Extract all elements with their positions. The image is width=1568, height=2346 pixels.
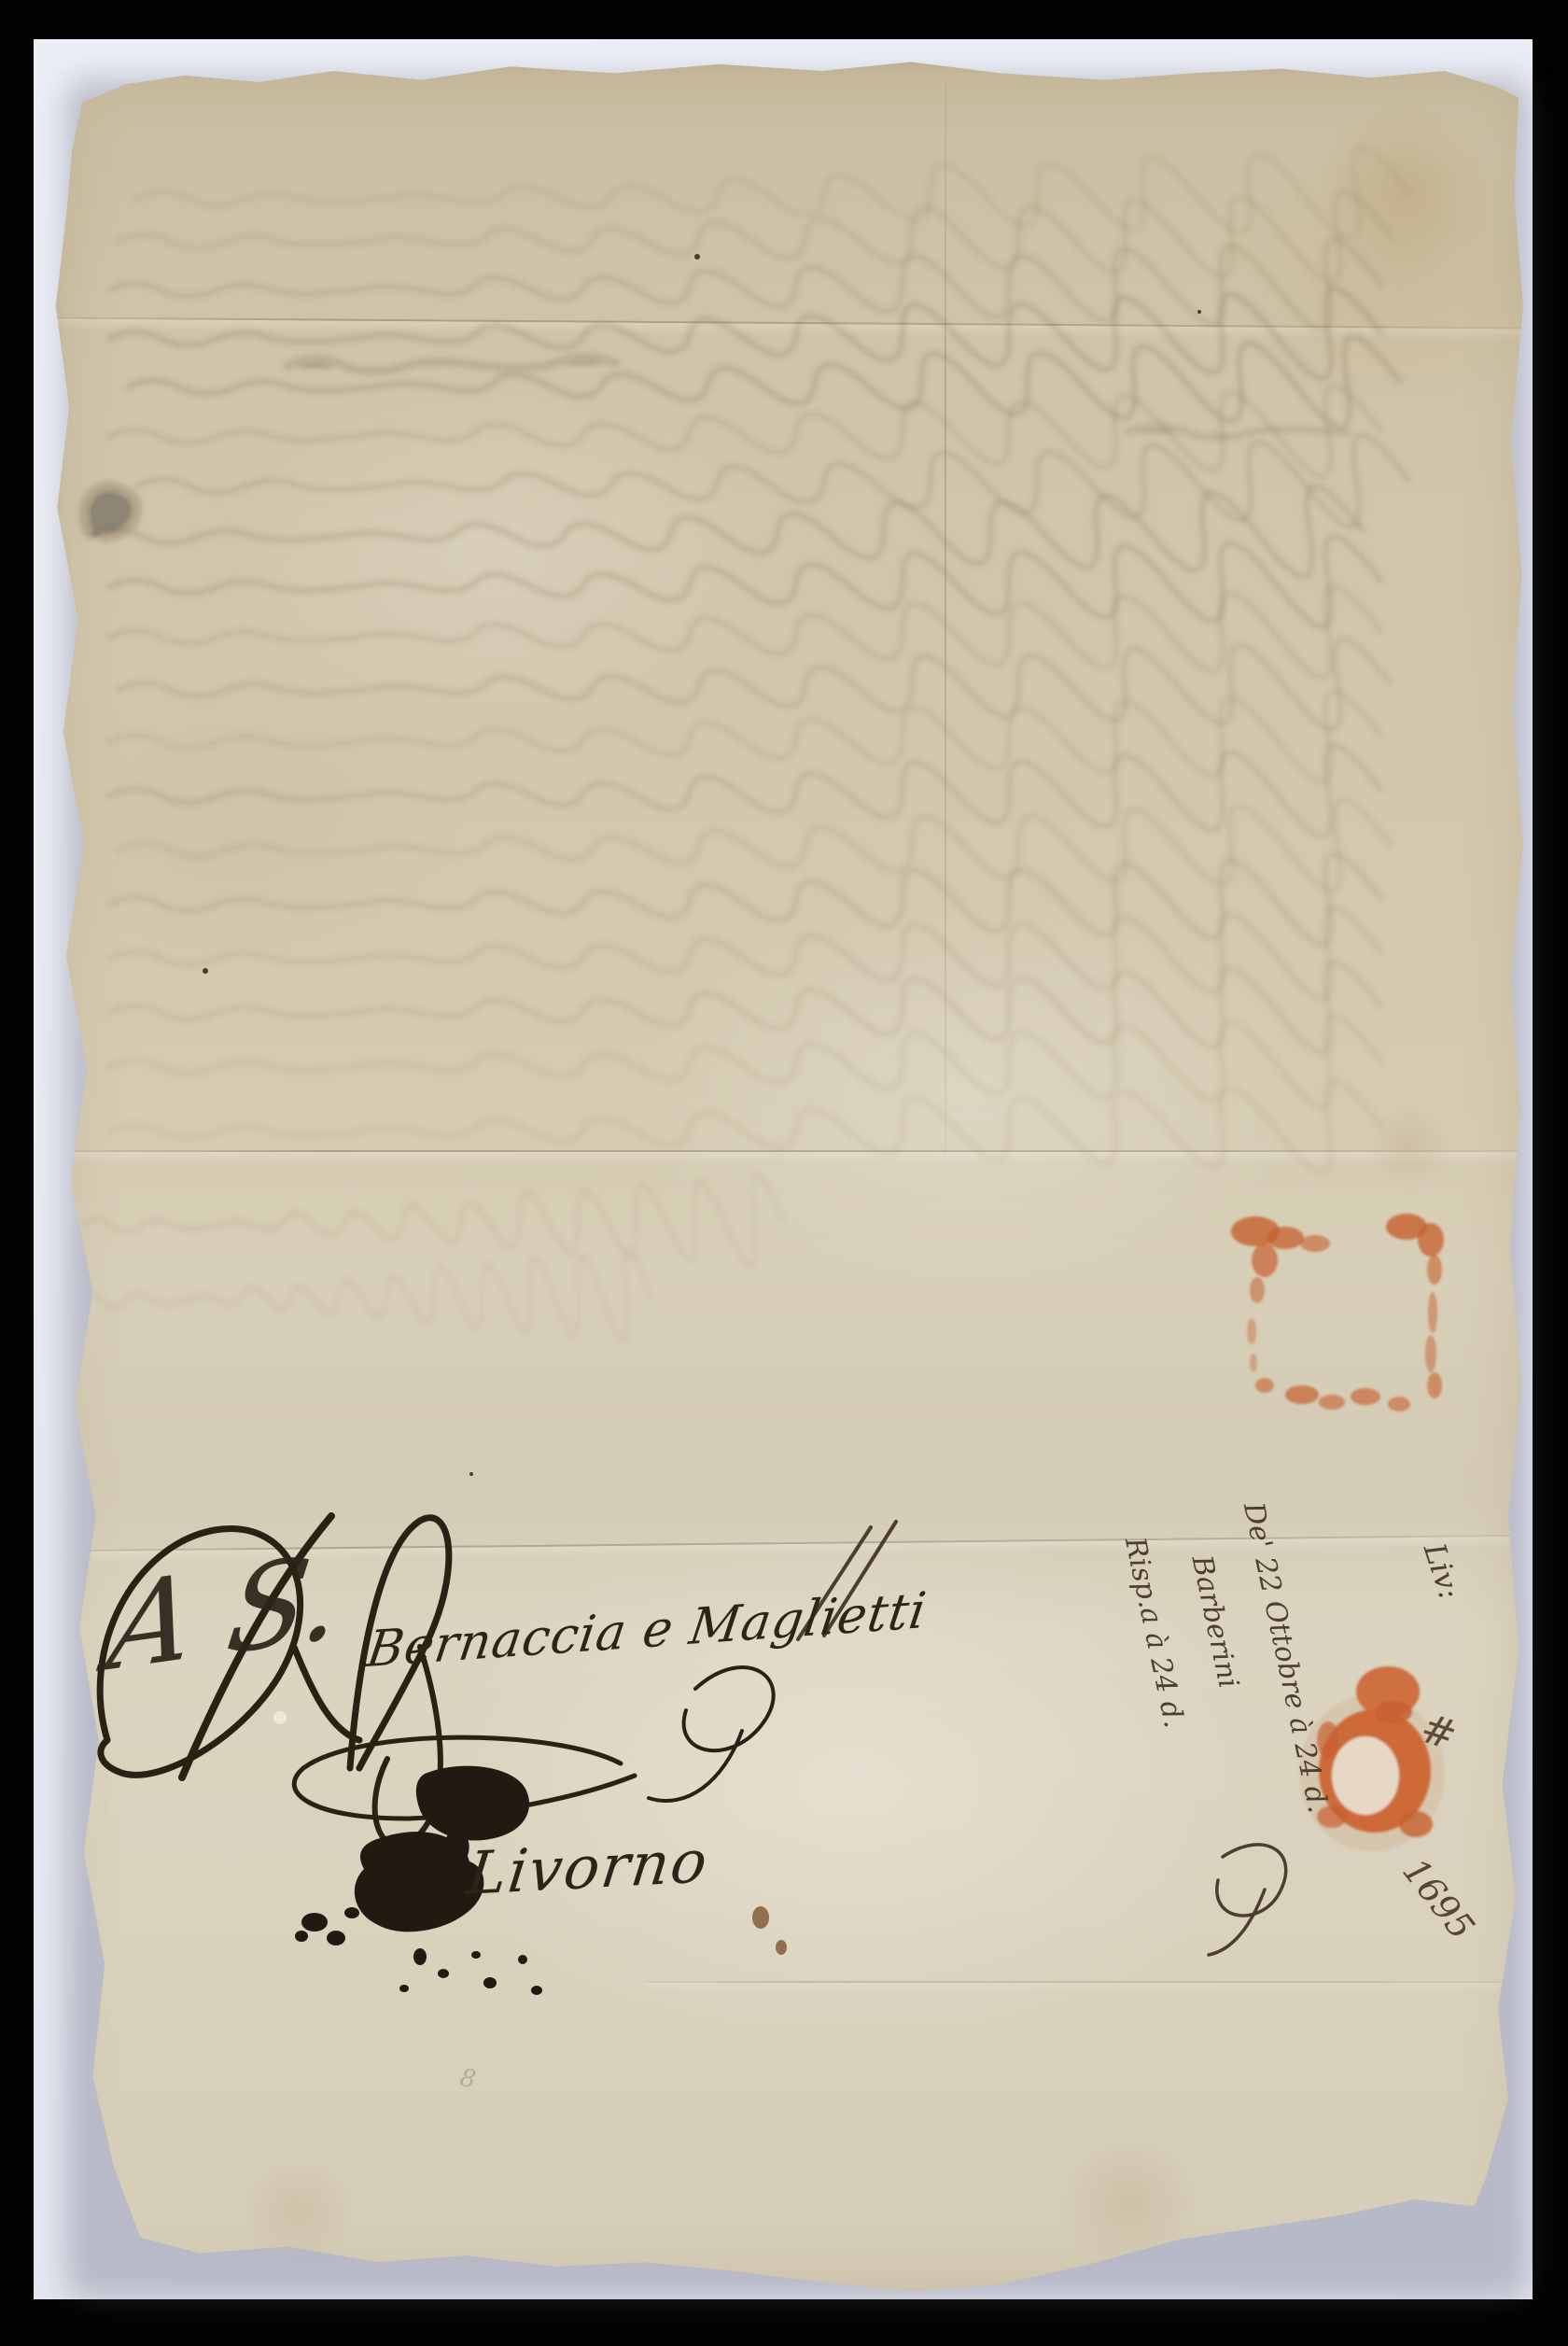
ink-splatter bbox=[752, 1906, 787, 1955]
calligraphy-flourishes bbox=[51, 60, 1533, 2300]
paper-specks bbox=[203, 254, 1201, 1476]
photo-frame: A S. Bernaccia e Maglietti Livorno De' 2… bbox=[0, 0, 1568, 2346]
address-city: Livorno bbox=[464, 1827, 713, 1908]
paper-fleck bbox=[273, 1711, 287, 1724]
parchment-sheet: A S. Bernaccia e Maglietti Livorno De' 2… bbox=[51, 60, 1533, 2300]
